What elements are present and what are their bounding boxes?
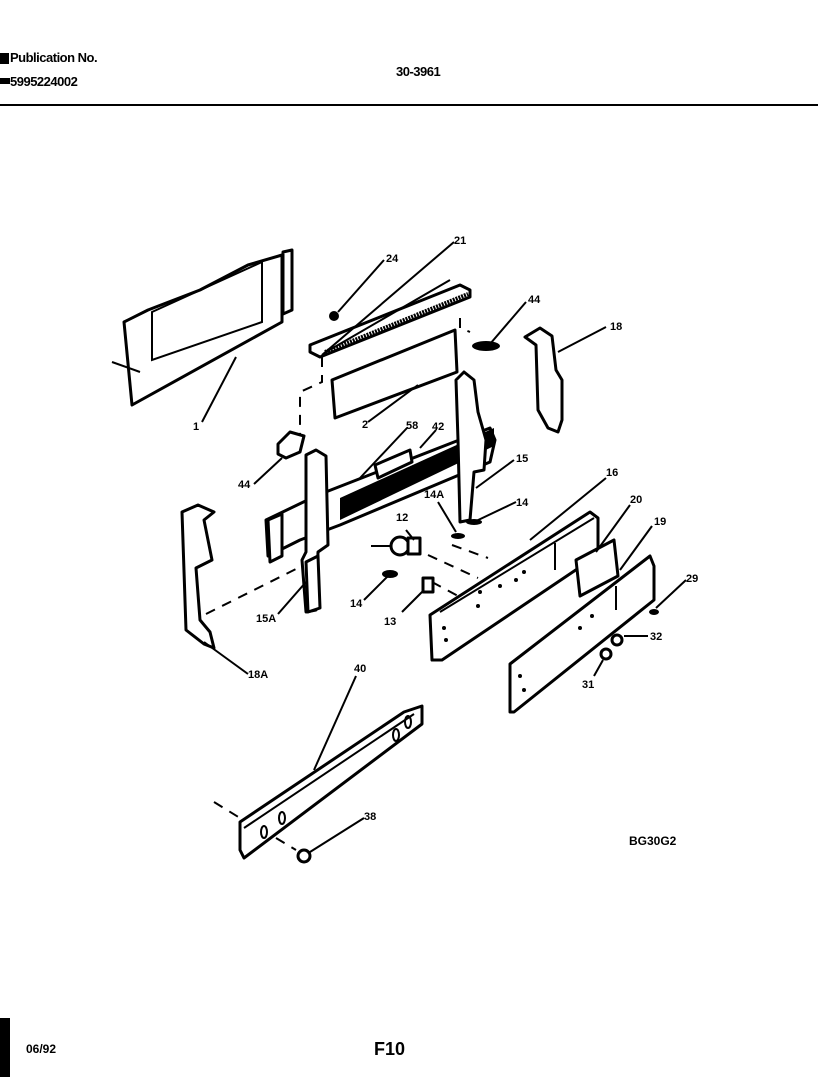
part-18A-end-cap [182,505,214,648]
figure-code: BG30G2 [629,834,676,848]
callout-19: 19 [654,516,666,528]
callout-2: 2 [362,419,368,431]
part-15-bracket [456,372,486,522]
callout-58: 58 [406,420,418,432]
callout-15A: 15A [256,613,276,625]
part-1-backguard-panel [112,250,292,405]
callout-18A: 18A [248,669,268,681]
callout-18: 18 [610,321,622,333]
callout-40: 40 [354,663,366,675]
callout-20: 20 [630,494,642,506]
callout-14-left: 14 [350,598,363,610]
callout-31: 31 [582,679,594,691]
callout-24: 24 [386,253,399,265]
exploded-parts-diagram: 1 2 24 21 44 18 44 58 42 15 14A 14 12 14… [0,0,832,1077]
callout-16: 16 [606,467,618,479]
callout-32: 32 [650,631,662,643]
scan-edge-mark [0,1018,10,1077]
callout-42: 42 [432,421,444,433]
revision-date: 06/92 [26,1042,56,1056]
part-18-end-cap [525,328,562,432]
callout-44-right: 44 [528,294,541,306]
callout-12: 12 [396,512,408,524]
part-40-support-bracket [240,706,422,858]
page-code: F10 [374,1039,405,1060]
callout-15: 15 [516,453,528,465]
callout-21: 21 [454,235,466,247]
callout-38: 38 [364,811,376,823]
callout-13: 13 [384,616,396,628]
callout-1: 1 [193,421,199,433]
callout-14A: 14A [424,489,444,501]
callout-14-right: 14 [516,497,529,509]
callout-44-left: 44 [238,479,251,491]
callout-29: 29 [686,573,698,585]
part-15A-bracket [302,450,328,612]
